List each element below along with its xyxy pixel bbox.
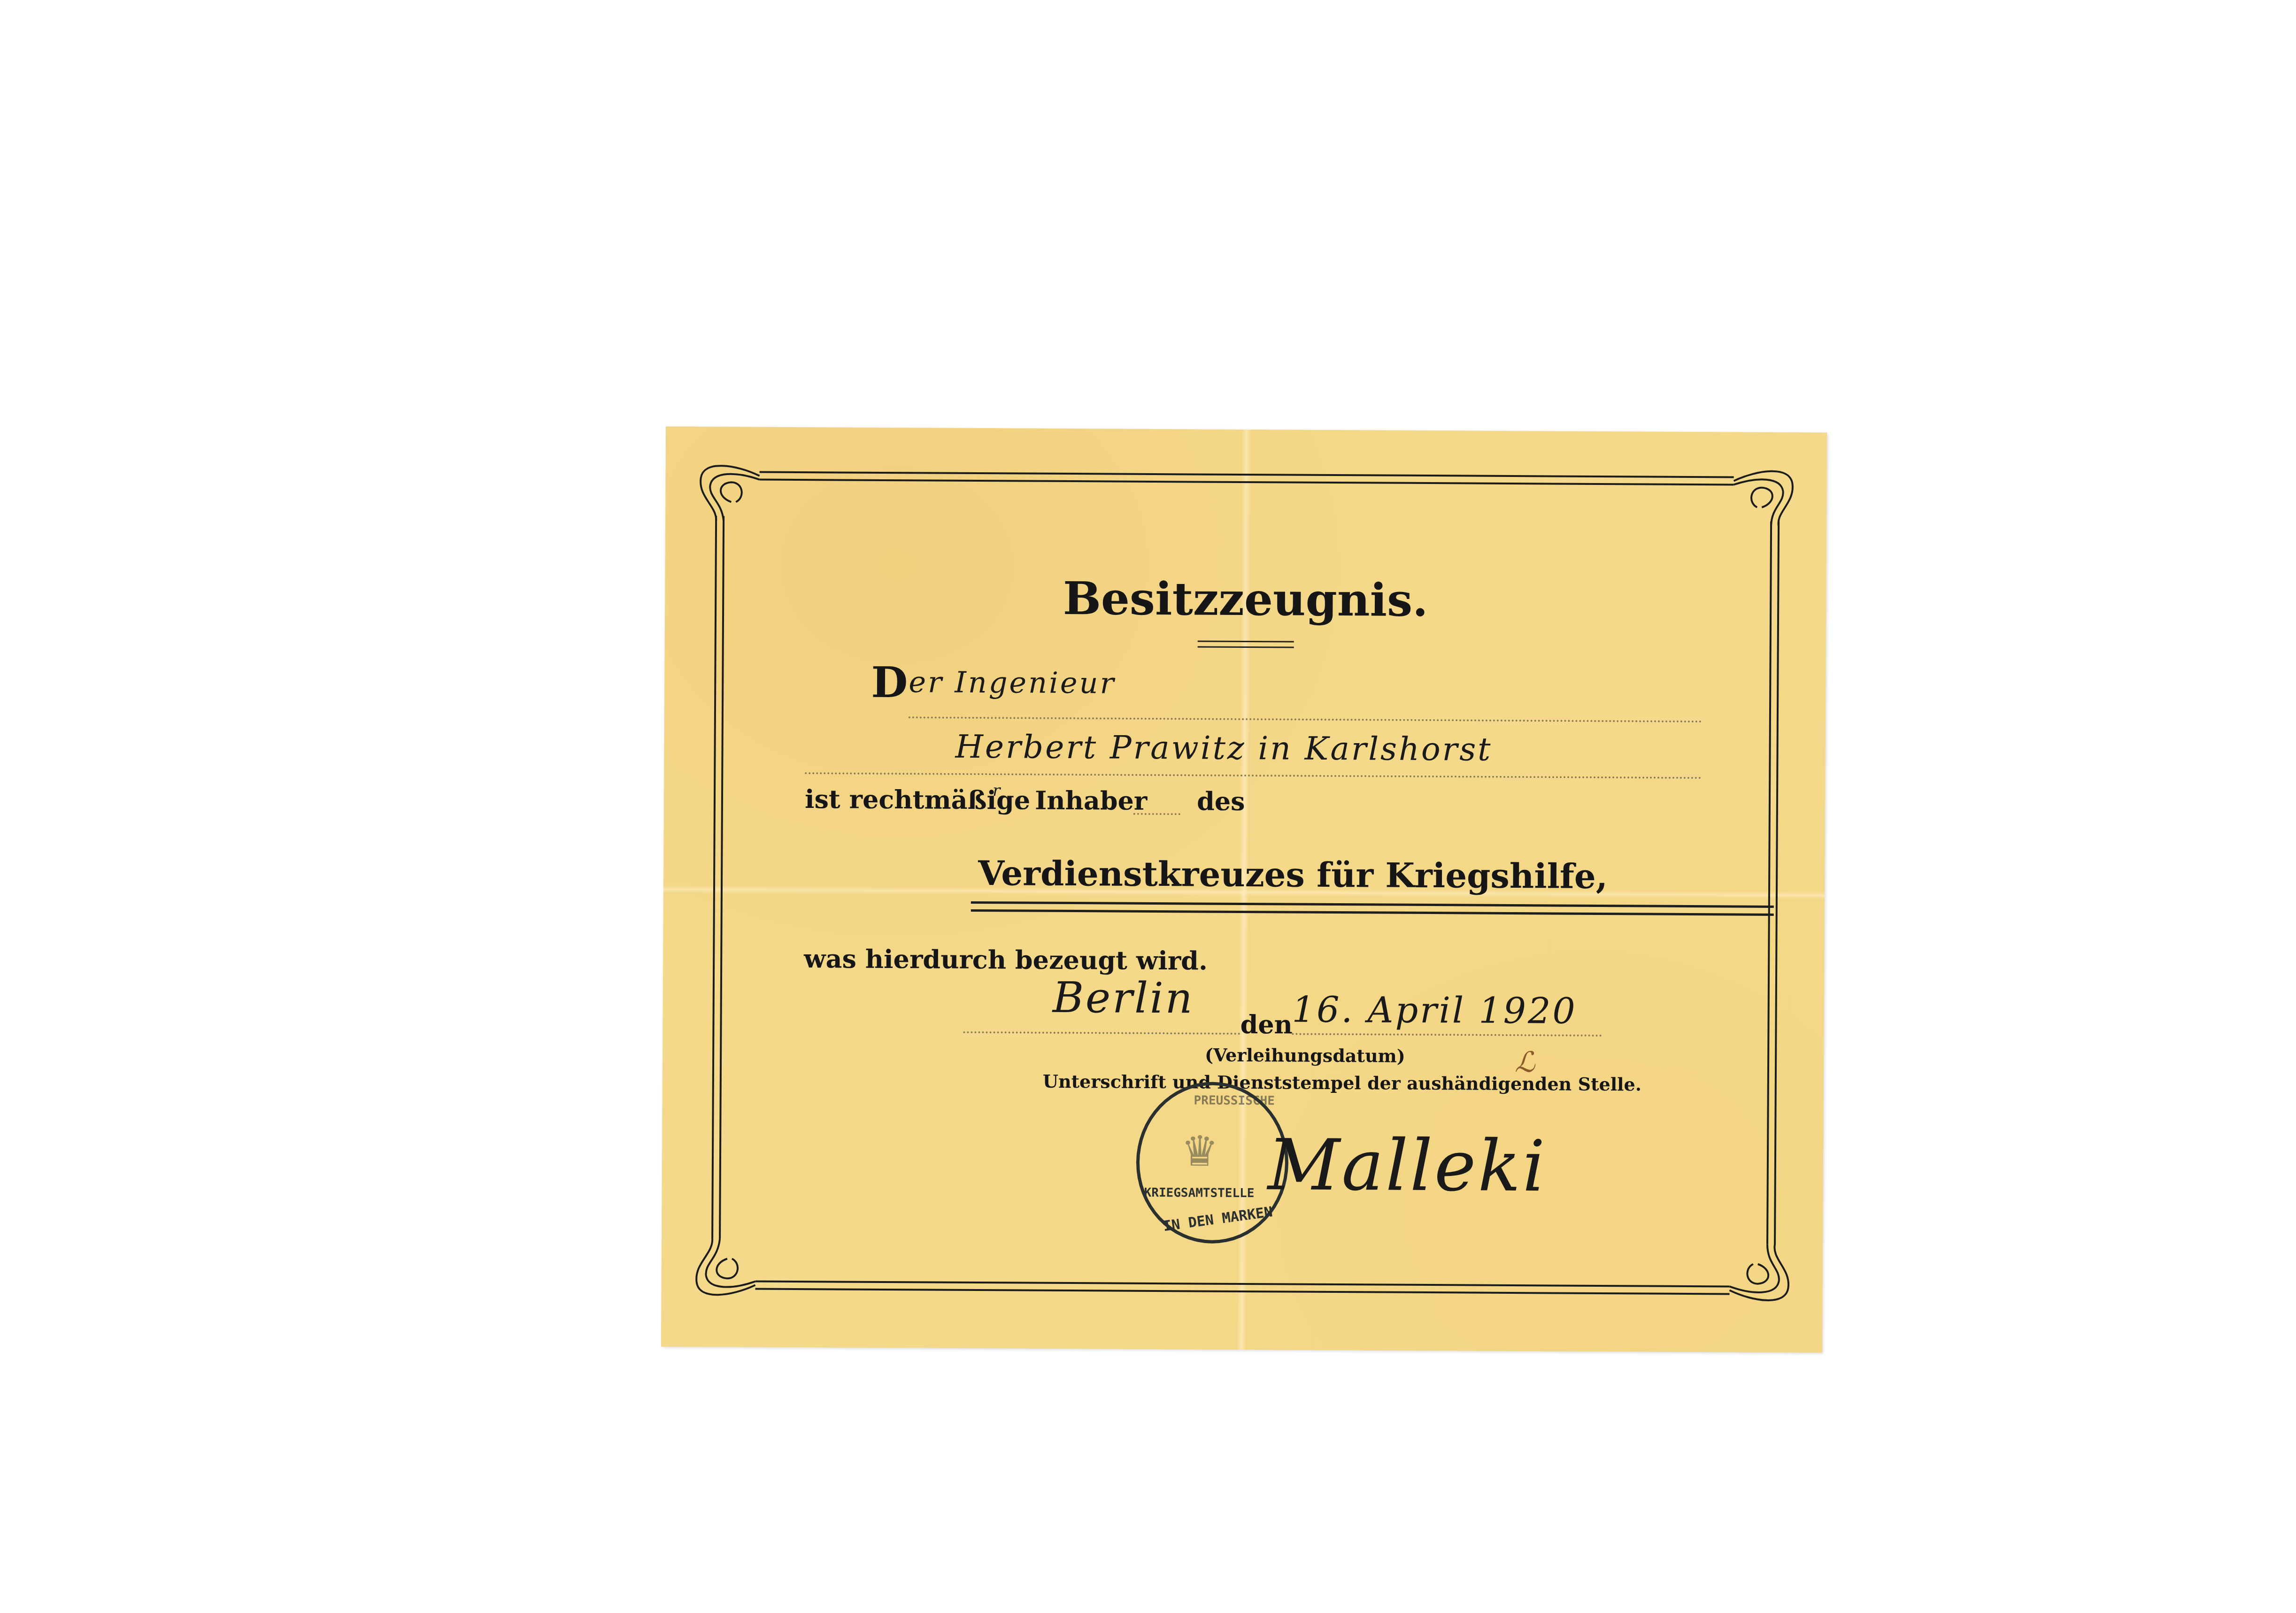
fill-line-place: [963, 1031, 1240, 1035]
holder-label: Inhaber: [1035, 785, 1148, 816]
handwritten-signature: Malleki: [1267, 1124, 1547, 1207]
attestation-text: was hierdurch bezeugt wird.: [804, 944, 1208, 975]
title-double-rule: [1198, 640, 1294, 648]
official-stamp: PREUSSISCHE ♛ KRIEGSAMTSTELLE IN DEN MAR…: [1136, 1082, 1289, 1244]
fill-line-2: [805, 772, 1702, 779]
fill-line-3: [1133, 813, 1180, 815]
signature-caption: Unterschrift und Dienststempel der aushä…: [1043, 1071, 1641, 1095]
stamp-middle-text: KRIEGSAMTSTELLE: [1144, 1186, 1255, 1200]
stamp-top-text: PREUSSISCHE: [1194, 1093, 1275, 1108]
date-connector: den: [1240, 1009, 1293, 1040]
handwritten-name-place: Herbert Prawitz in Karlshorst: [955, 729, 1492, 768]
printed-initial: D: [871, 658, 908, 707]
certificate-title: Besitzzeugnis.: [665, 570, 1826, 629]
award-name: Verdienstkreuzes für Kriegshilfe,: [978, 853, 1608, 896]
handwritten-date: 16. April 1920: [1292, 989, 1577, 1032]
des-text: des: [1197, 786, 1245, 816]
pencil-mark: ℒ: [1515, 1046, 1535, 1079]
stamp-bottom-text: IN DEN MARKEN: [1162, 1204, 1273, 1235]
date-caption: (Verleihungsdatum): [1205, 1045, 1405, 1067]
award-double-rule: [971, 901, 1774, 916]
fill-line-date: [1292, 1033, 1602, 1037]
handwritten-suffix: r: [993, 781, 1002, 800]
eagle-emblem-icon: ♛: [1184, 1118, 1216, 1178]
fill-line-1: [909, 716, 1702, 722]
certificate-paper: Besitzzeugnis. D er Ingenieur Herbert Pr…: [661, 427, 1827, 1353]
handwritten-title: er Ingenieur: [909, 665, 1116, 700]
handwritten-place: Berlin: [1053, 973, 1195, 1023]
